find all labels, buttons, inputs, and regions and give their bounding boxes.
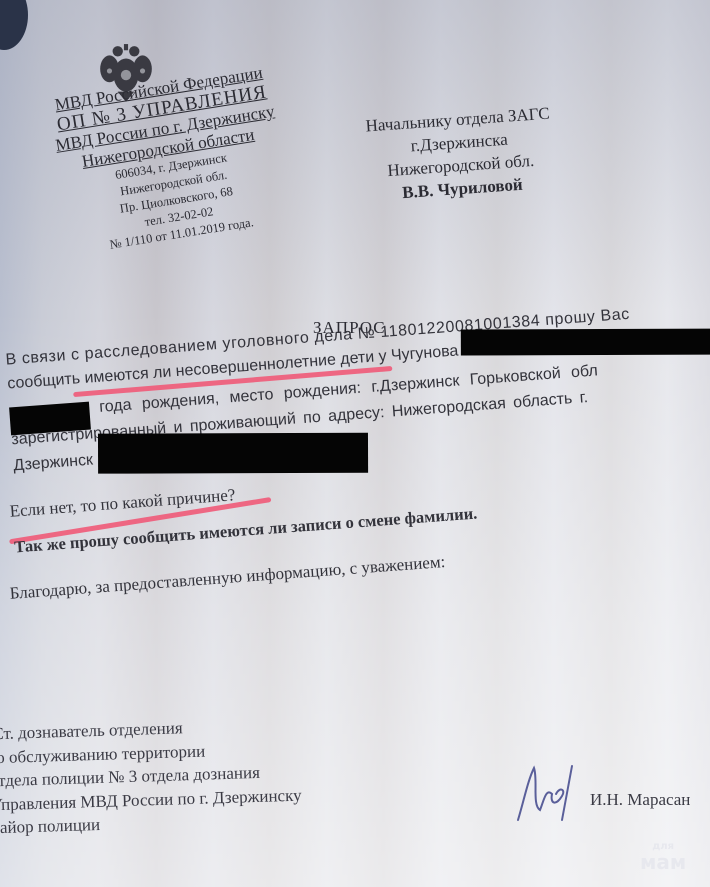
request-body: В связи с расследованием уголовного дела…: [0, 299, 710, 352]
document-photo: МВД Российской Федерации ОП № 3 УПРАВЛЕН…: [0, 0, 710, 887]
redaction-box: [98, 433, 368, 474]
body-line: Благодарю, за предоставленную информацию…: [9, 552, 446, 604]
signatory-position: Ст. дознаватель отделения по обслуживани…: [0, 713, 303, 840]
issuer-header: МВД Российской Федерации ОП № 3 УПРАВЛЕН…: [14, 57, 326, 265]
signer-name: И.Н. Марасан: [590, 790, 690, 810]
redaction-box: [461, 329, 710, 356]
body-line: Дзержинск: [13, 452, 94, 476]
body-line: Если нет, то по какой причине?: [9, 485, 236, 522]
watermark-logo: для мам: [640, 842, 686, 872]
addressee-block: Начальнику отдела ЗАГС г.Дзержинска Ниже…: [327, 99, 593, 209]
handwritten-signature: [510, 760, 590, 830]
dark-corner: [0, 0, 28, 50]
watermark-text: мам: [640, 852, 686, 872]
